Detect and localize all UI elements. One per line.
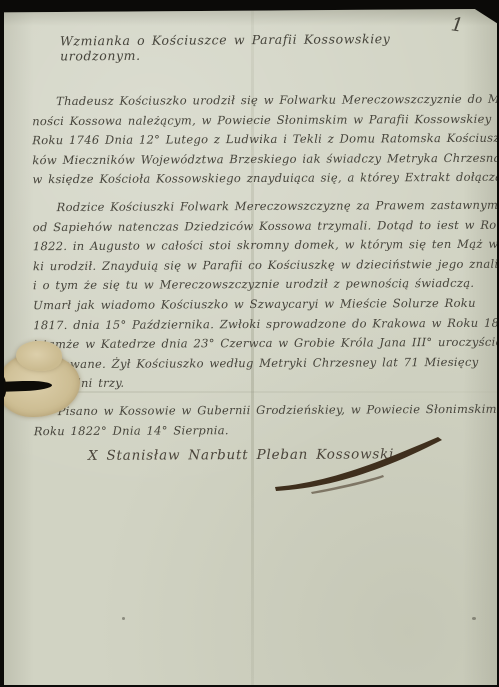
- paper-speck: [472, 617, 476, 620]
- text-line: 1822. in Augusto w całości stoi skromny …: [33, 235, 488, 257]
- flourish-stroke-2: [311, 475, 384, 494]
- paragraph: Rodzice Kościuszki Folwark Mereczowszczy…: [33, 196, 489, 394]
- paper-sheet: 1 Wzmianka o Kościuszce w Parafii Kossow…: [4, 9, 497, 685]
- wax-stain-lobe: [16, 341, 62, 371]
- signature: X Stanisław Narbutt Pleban Kossowski: [88, 446, 489, 464]
- manuscript-text-body: Thadeusz Kościuszko urodził się w Folwar…: [32, 90, 489, 464]
- scanned-manuscript-page: 1 Wzmianka o Kościuszce w Parafii Kossow…: [0, 0, 499, 687]
- text-line: ków Mieczników Województwa Brzeskiego ia…: [32, 149, 487, 171]
- text-line: i o tym że się tu w Mereczowszczyznie ur…: [33, 274, 488, 296]
- text-line: Rodzice Kościuszki Folwark Mereczowszczy…: [33, 196, 488, 218]
- text-line: Thadeusz Kościuszko urodził się w Folwar…: [32, 90, 487, 112]
- text-line: od Sapiehów natenczas Dziedziców Kossowa…: [33, 215, 488, 237]
- text-line: pochowane. Żył Kościuszko według Metryki…: [33, 353, 488, 375]
- text-line: 1817. dnia 15° Października. Zwłoki spro…: [33, 313, 488, 335]
- text-line: i tamże w Katedrze dnia 23° Czerwca w Gr…: [33, 333, 488, 355]
- text-line: ności Kossowa należącym, w Powiecie Słon…: [32, 109, 487, 131]
- paragraph: Thadeusz Kościuszko urodził się w Folwar…: [32, 90, 488, 190]
- paper-speck: [122, 617, 125, 620]
- text-line: Roku 1746 Dnia 12° Lutego z Ludwika i Te…: [32, 129, 487, 151]
- text-line: w księdze Kościoła Kossowskiego znayduią…: [32, 168, 487, 190]
- text-line: ośm i dni trzy.: [34, 372, 489, 394]
- document-title: Wzmianka o Kościuszce w Parafii Kossowsk…: [60, 31, 467, 64]
- text-line: Umarł jak wiadomo Kościuszko w Szwaycary…: [33, 294, 488, 316]
- text-line: Roku 1822° Dnia 14° Sierpnia.: [34, 419, 489, 441]
- text-line: Pisano w Kossowie w Gubernii Grodzieński…: [34, 400, 489, 422]
- paragraph: Pisano w Kossowie w Gubernii Grodzieński…: [34, 400, 489, 442]
- text-line: ki urodził. Znayduią się w Parafii co Ko…: [33, 255, 488, 277]
